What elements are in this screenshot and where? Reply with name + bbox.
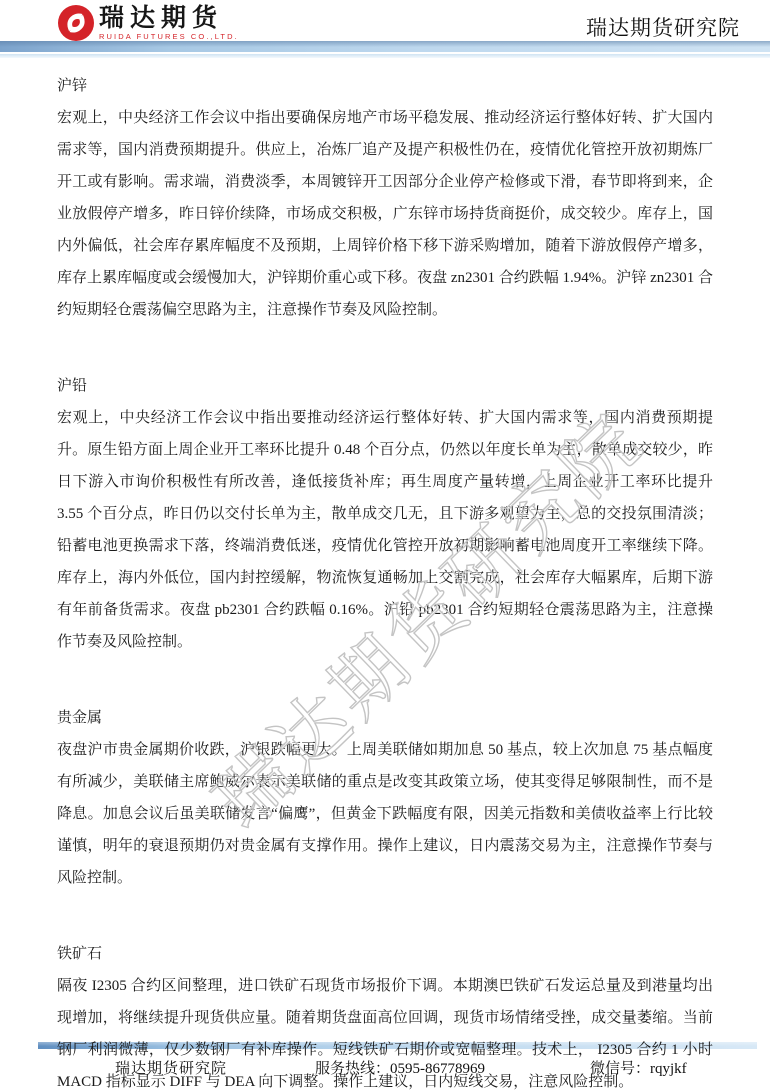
section-iron-ore: 铁矿石 隔夜 I2305 合约区间整理，进口铁矿石现货市场报价下调。本期澳巴铁矿… (57, 938, 713, 1090)
section-precious-metals: 贵金属 夜盘沪市贵金属期价收跌，沪银跌幅更大。上周美联储如期加息 50 基点，较… (57, 702, 713, 894)
brand-text: 瑞达期货 RUIDA FUTURES CO.,LTD. (99, 5, 239, 41)
report-page: 瑞达期货 RUIDA FUTURES CO.,LTD. 瑞达期货研究院 瑞达期货… (0, 0, 770, 1090)
brand-name-en: RUIDA FUTURES CO.,LTD. (99, 32, 239, 41)
section-heading: 沪铅 (57, 370, 713, 402)
report-body: 瑞达期货研究院 沪锌 宏观上，中央经济工作会议中指出要确保房地产市场平稳发展、推… (0, 58, 770, 1090)
page-title: 瑞达期货研究院 (586, 12, 740, 42)
section-body: 宏观上，中央经济工作会议中指出要确保房地产市场平稳发展、推动经济运行整体好转、扩… (57, 102, 713, 326)
section-body: 宏观上，中央经济工作会议中指出要推动经济运行整体好转、扩大国内需求等，国内消费预… (57, 402, 713, 658)
section-lead: 沪铅 宏观上，中央经济工作会议中指出要推动经济运行整体好转、扩大国内需求等，国内… (57, 370, 713, 658)
section-zinc: 沪锌 宏观上，中央经济工作会议中指出要确保房地产市场平稳发展、推动经济运行整体好… (57, 70, 713, 326)
header: 瑞达期货 RUIDA FUTURES CO.,LTD. 瑞达期货研究院 (0, 0, 770, 41)
brand-name-cn: 瑞达期货 (99, 5, 223, 32)
section-body: 隔夜 I2305 合约区间整理，进口铁矿石现货市场报价下调。本期澳巴铁矿石发运总… (57, 970, 713, 1090)
header-divider-bar (0, 41, 770, 52)
ruida-logo-icon (57, 4, 95, 42)
section-heading: 贵金属 (57, 702, 713, 734)
section-heading: 铁矿石 (57, 938, 713, 970)
brand-logo: 瑞达期货 RUIDA FUTURES CO.,LTD. (57, 4, 239, 42)
section-body: 夜盘沪市贵金属期价收跌，沪银跌幅更大。上周美联储如期加息 50 基点，较上次加息… (57, 734, 713, 894)
section-heading: 沪锌 (57, 70, 713, 102)
